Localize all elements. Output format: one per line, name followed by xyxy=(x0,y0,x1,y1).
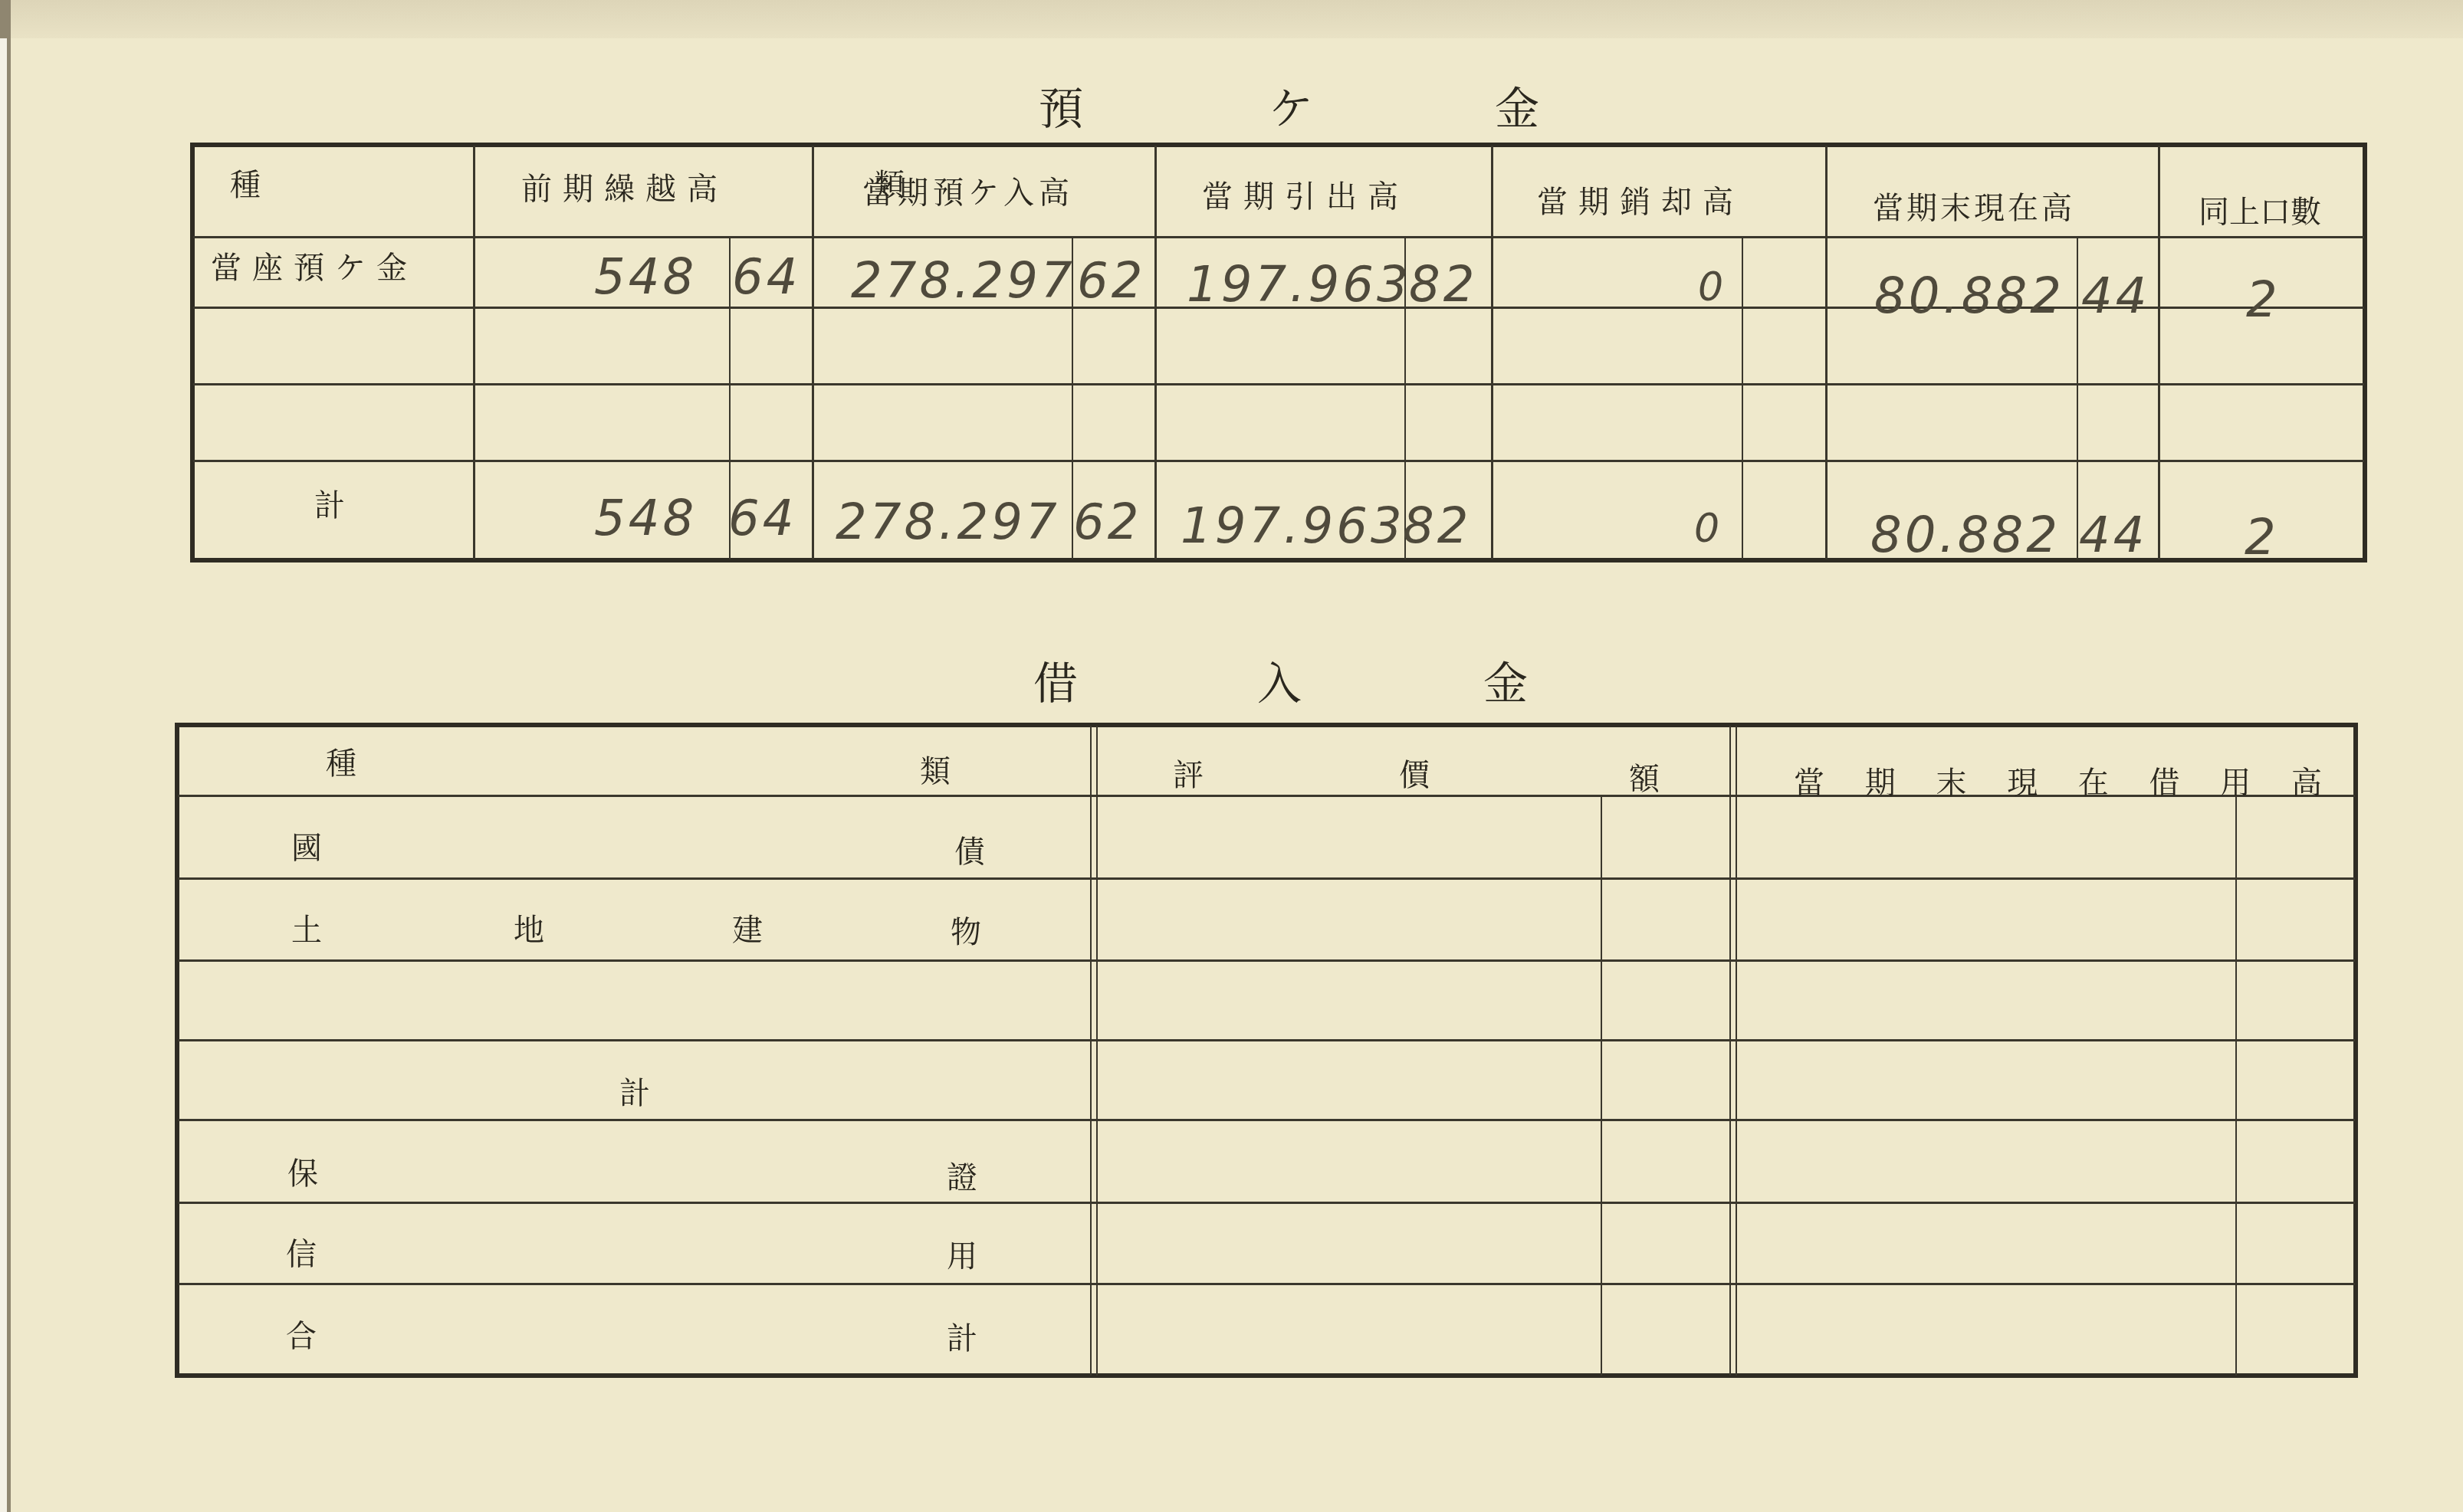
row-type-label: 當座預ケ金 xyxy=(211,244,418,287)
borrowings-title-char: 金 xyxy=(1483,648,1528,712)
writeoffs-yen: 0 xyxy=(1698,264,1726,310)
total-prev-carryover-yen: 548 xyxy=(594,490,697,547)
borrowings-table-border xyxy=(175,723,2358,1378)
header-prev-carryover: 前期繰越高 xyxy=(521,165,728,208)
row-label-char: 用 xyxy=(947,1232,977,1276)
row-label-char: 國 xyxy=(291,824,322,868)
row-label-char: 證 xyxy=(947,1153,977,1197)
total-account-count: 2 xyxy=(2245,510,2279,566)
borrowings-row-divider xyxy=(178,1283,2355,1285)
total-prev-carryover-sen: 64 xyxy=(728,490,796,547)
paper-left-margin xyxy=(0,38,7,1512)
header-valuation-2: 價 xyxy=(1399,751,1430,795)
deposits-title-char: 預 xyxy=(1039,73,1083,137)
total-current-balance-sen: 44 xyxy=(2079,507,2147,564)
deposits-title-char: 金 xyxy=(1495,73,1539,137)
borrowings-row-divider xyxy=(178,959,2355,962)
row-label-char: 地 xyxy=(514,906,544,950)
withdrawals-yen: 197.963 xyxy=(1187,257,1411,313)
borrowings-col-divider xyxy=(1090,726,1092,1376)
borrowings-col-divider xyxy=(1096,726,1098,1376)
subtotal-label: 計 xyxy=(619,1069,650,1113)
borrowings-row-divider xyxy=(178,1202,2355,1204)
header-current-borrowed: 當 期 末 現 在 借 用 高 xyxy=(1794,759,2337,802)
total-label: 計 xyxy=(314,481,345,525)
row-label-char: 土 xyxy=(291,906,322,950)
header-current-balance: 當期末現在高 xyxy=(1873,184,2075,228)
header-type-right: 類 xyxy=(920,747,951,791)
withdrawals-sen: 82 xyxy=(1409,257,1477,313)
deposits-sen-divider xyxy=(2077,238,2078,559)
deposits-row-divider xyxy=(193,460,2364,462)
header-deposits-in: 當期預ケ入高 xyxy=(862,169,1074,212)
row-label-char: 債 xyxy=(954,828,985,871)
row-label-char: 保 xyxy=(287,1150,318,1193)
deposits-col-divider xyxy=(1825,146,1828,559)
current-balance-sen: 44 xyxy=(2081,268,2149,325)
borrowings-title-char: 入 xyxy=(1257,648,1302,712)
row-label-char: 信 xyxy=(286,1230,317,1274)
header-withdrawals: 當期引出高 xyxy=(1202,172,1409,216)
account-count: 2 xyxy=(2246,272,2281,329)
row-label-char: 物 xyxy=(951,908,981,952)
deposits-row-divider xyxy=(193,383,2364,385)
prev-carryover-yen: 548 xyxy=(594,249,697,306)
deposits-col-divider xyxy=(2158,146,2160,559)
deposits-col-divider xyxy=(1154,146,1157,559)
row-label-char: 建 xyxy=(732,906,763,950)
deposits-col-divider xyxy=(812,146,814,559)
prev-carryover-sen: 64 xyxy=(732,249,800,306)
header-writeoffs: 當期銷却高 xyxy=(1537,178,1744,221)
deposits-in-yen: 278.297 xyxy=(851,253,1076,310)
total-current-balance-yen: 80.882 xyxy=(1870,507,2061,564)
header-valuation-1: 評 xyxy=(1173,751,1204,795)
borrowings-row-divider xyxy=(178,1119,2355,1121)
borrowings-row-divider xyxy=(178,1039,2355,1041)
deposits-header-divider xyxy=(193,236,2364,238)
borrowings-sen-divider xyxy=(2235,797,2237,1376)
deposits-sen-divider xyxy=(1742,238,1743,559)
grand-total-label-char: 合 xyxy=(286,1312,317,1356)
deposits-col-divider xyxy=(1491,146,1493,559)
borrowings-title-char: 借 xyxy=(1033,648,1078,712)
total-deposits-in-yen: 278.297 xyxy=(836,494,1060,551)
header-valuation-3: 額 xyxy=(1629,755,1660,799)
total-writeoffs-yen: 0 xyxy=(1694,506,1722,552)
borrowings-sen-divider xyxy=(1601,797,1602,1376)
deposits-in-sen: 62 xyxy=(1077,253,1145,310)
paper-top-shadow xyxy=(0,0,2463,38)
borrowings-col-divider xyxy=(1729,726,1731,1376)
borrowings-col-divider xyxy=(1736,726,1737,1376)
deposits-col-divider xyxy=(473,146,475,559)
header-type-left: 種 xyxy=(326,740,356,783)
deposits-title-char: ケ xyxy=(1269,73,1313,137)
total-deposits-in-sen: 62 xyxy=(1073,494,1141,551)
borrowings-row-divider xyxy=(178,877,2355,880)
current-balance-yen: 80.882 xyxy=(1874,268,2064,325)
total-withdrawals-yen: 197.963 xyxy=(1181,498,1405,555)
total-withdrawals-sen: 82 xyxy=(1403,498,1471,555)
header-account-count: 同上口數 xyxy=(2199,188,2321,231)
grand-total-label-char: 計 xyxy=(947,1314,977,1358)
